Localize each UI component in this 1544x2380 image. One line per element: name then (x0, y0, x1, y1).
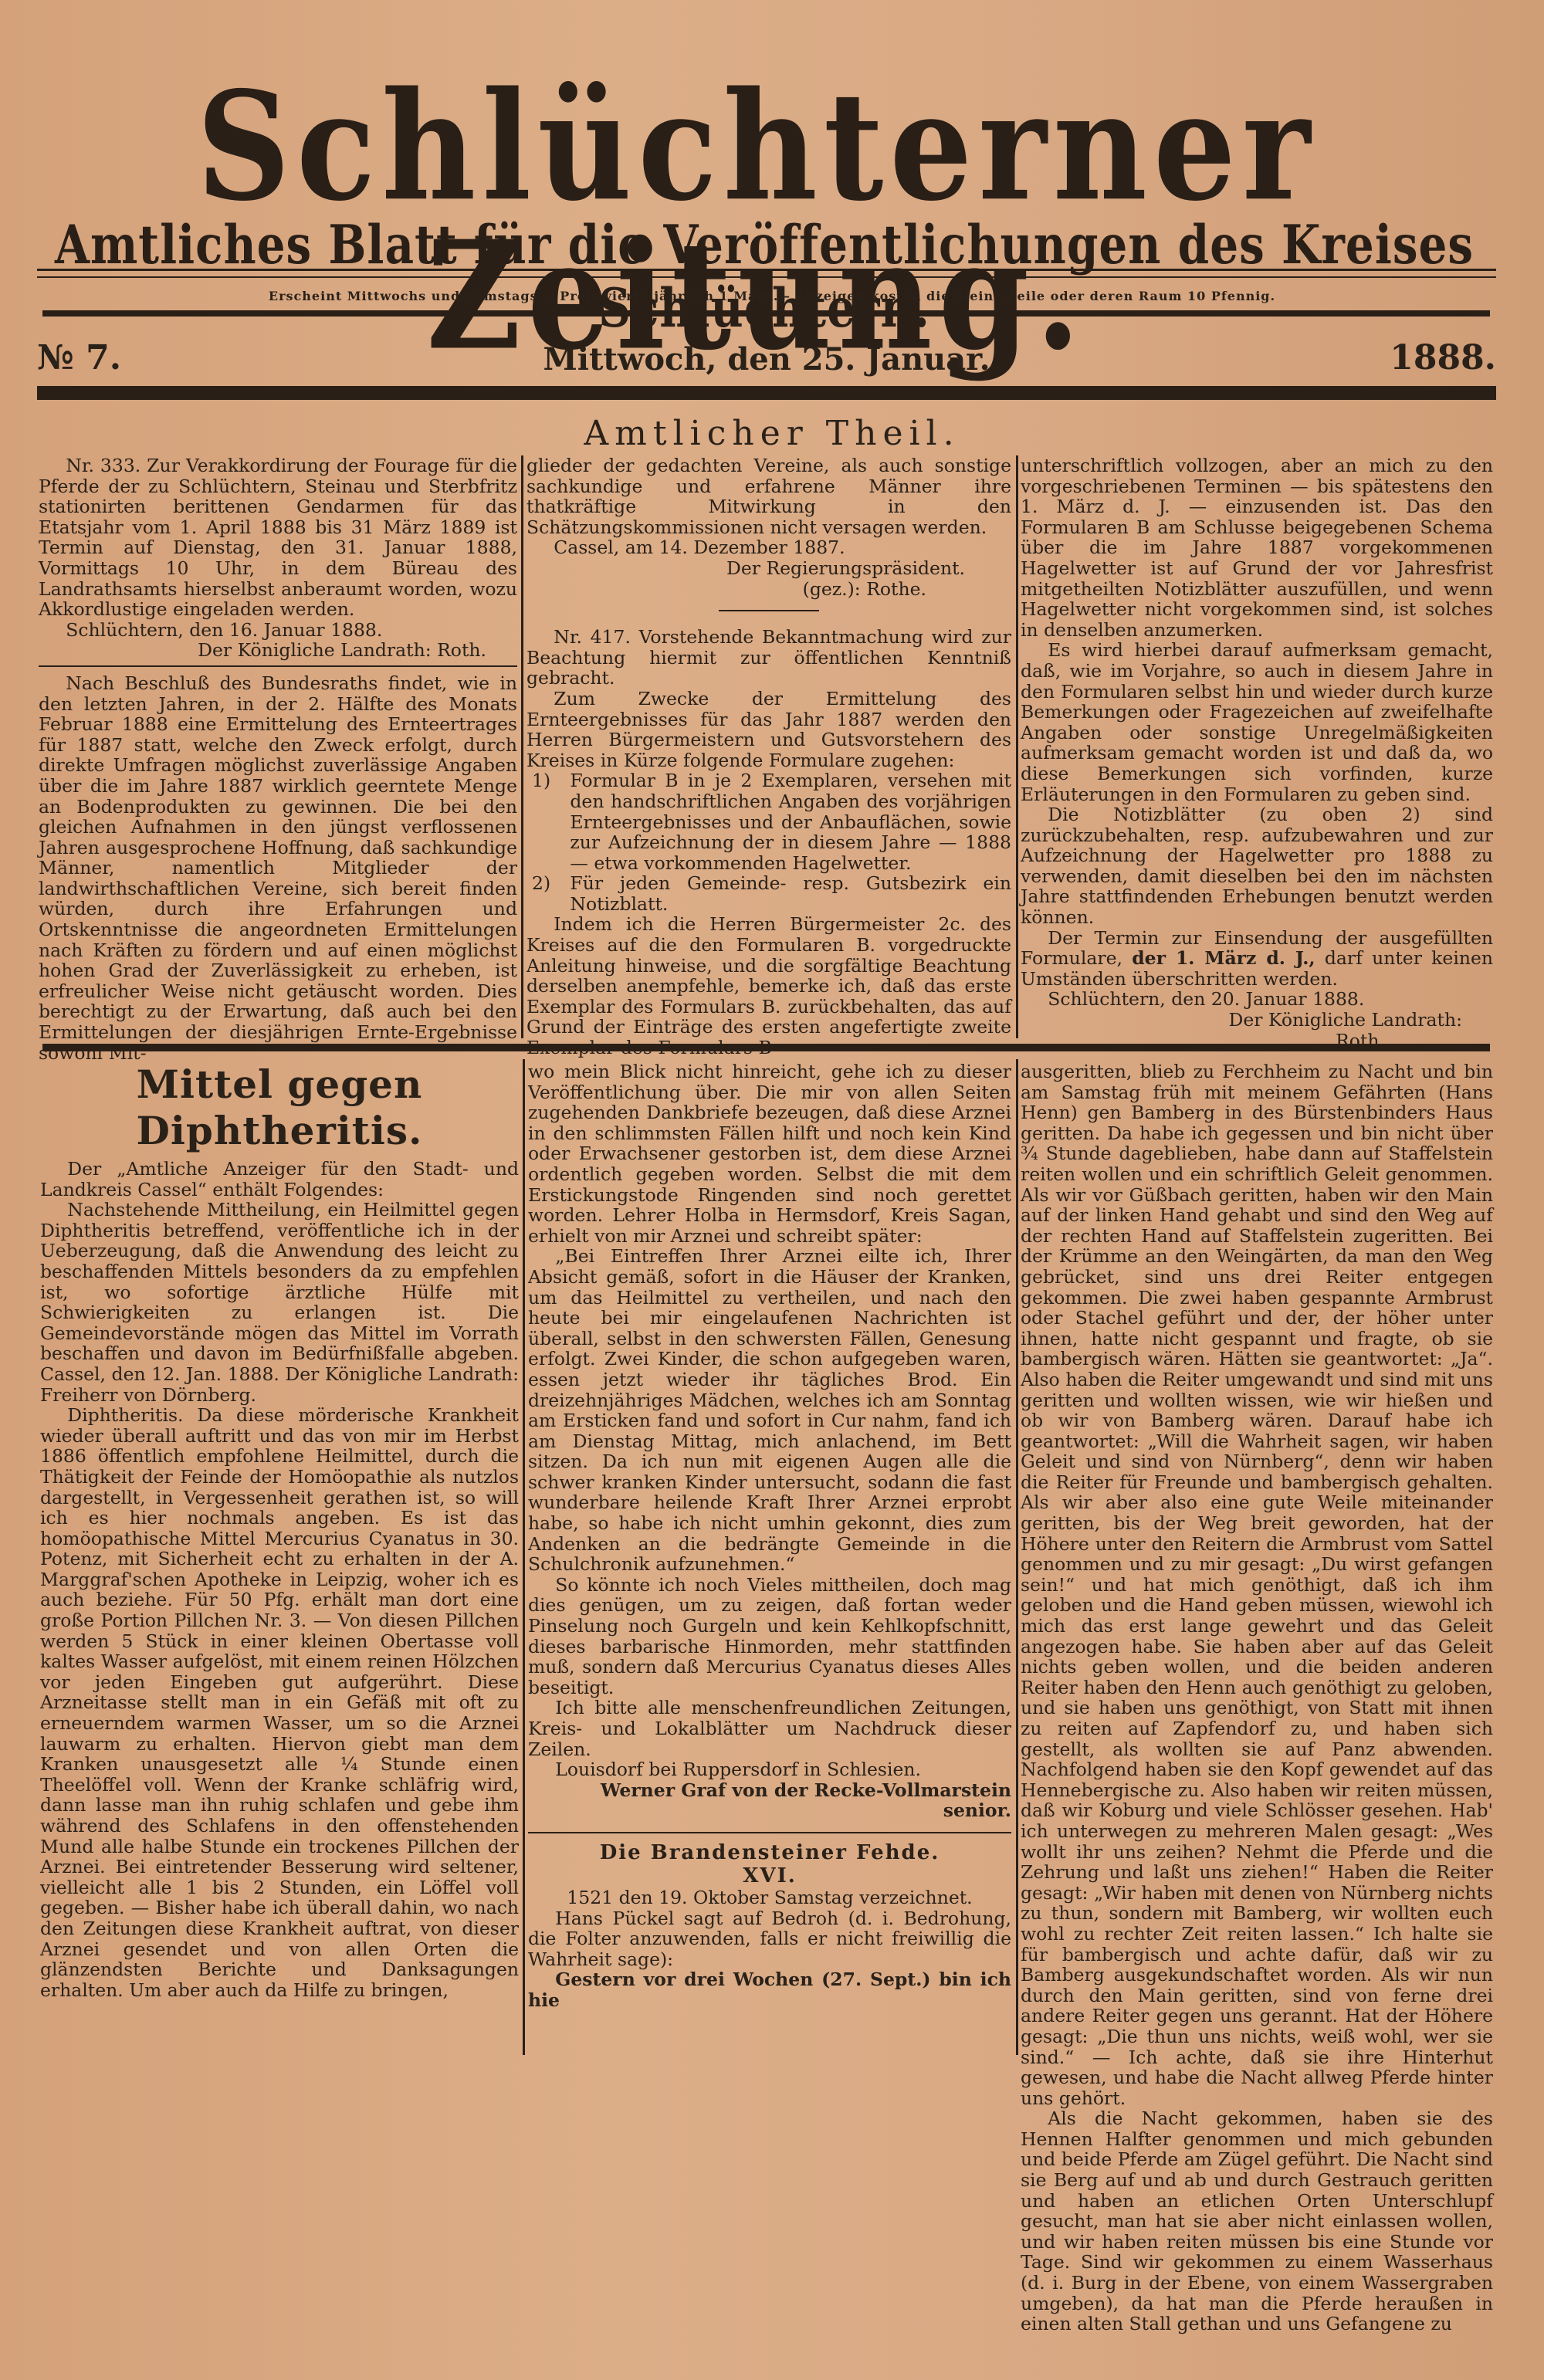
notice-333-signature: Der Königliche Landrath: Roth. (39, 640, 517, 661)
issue-row: № 7. Mittwoch, den 25. Januar. 1888. (37, 338, 1496, 384)
continuation-text: glieder der gedachten Vereine, als auch … (527, 455, 1011, 537)
article-quote: „Bei Eintreffen Ihrer Arznei eilte ich, … (528, 1246, 1011, 1575)
column-divider-lower-1 (523, 1059, 525, 2055)
official-column-1: Nr. 333. Zur Verakkordirung der Fourage … (39, 455, 517, 1063)
official-column-2: glieder der gedachten Vereine, als auch … (527, 455, 1011, 1058)
regierungspraesident-name: (gez.): Rothe. (527, 579, 1011, 600)
serial-paragraph: Als die Nacht gekommen, haben sie des He… (1021, 2108, 1493, 2334)
bundesrat-notice: Nach Beschluß des Bundesraths findet, wi… (39, 673, 517, 1063)
article-signature: Werner Graf von der Recke-Vollmarstein s… (528, 1780, 1011, 1821)
column-divider-official-1 (521, 455, 523, 1038)
notes-text: Die Notizblätter (zu oben 2) sind zurück… (1021, 804, 1493, 928)
diphtheritis-column-1: Mittel gegen Diphtheritis. Der „Amtliche… (40, 1061, 519, 2000)
article-paragraph: wo mein Blick nicht hinreicht, gehe ich … (528, 1061, 1011, 1246)
article-place: Louisdorf bei Ruppersdorf in Schlesien. (528, 1759, 1011, 1780)
publication-info-line: Erscheint Mittwochs und Samstags. – Prei… (46, 289, 1498, 303)
section-title-official: Amtlicher Theil. (510, 414, 1034, 453)
short-divider (719, 610, 819, 611)
attention-text: Es wird hierbei darauf aufmerksam gemach… (1021, 640, 1493, 804)
cassel-dateline: Cassel, am 14. Dezember 1887. (527, 537, 1011, 558)
landrath-title: Der Königliche Landrath: (1021, 1010, 1493, 1031)
notice-333-place: Schlüchtern, den 16. Januar 1888. (39, 620, 517, 641)
masthead-rule-top (37, 269, 1496, 271)
deadline-date: der 1. März d. J., (1132, 947, 1315, 969)
purpose-text: Zum Zwecke der Ermittelung des Ernteerge… (527, 689, 1011, 770)
masthead-rule-bottom (37, 386, 1496, 400)
article-paragraph: Diphtheritis. Da diese mörderische Krank… (40, 1405, 519, 2000)
article-divider (528, 1832, 1011, 1833)
column-divider-lower-2 (1016, 1059, 1018, 2055)
issue-year: 1888. (1390, 338, 1496, 377)
schluechtern-dateline: Schlüchtern, den 20. Januar 1888. (1021, 989, 1493, 1010)
article-paragraph: Der „Amtliche Anzeiger für den Stadt- un… (40, 1159, 519, 1200)
article-paragraph: Nachstehende Mittheilung, ein Heilmittel… (40, 1200, 519, 1405)
serial-title: Die Brandensteiner Fehde. (528, 1841, 1011, 1864)
notice-divider (39, 665, 517, 667)
serial-column-3: ausgeritten, blieb zu Ferchheim zu Nacht… (1021, 1061, 1493, 2334)
masthead-rule-top-2 (37, 276, 1496, 278)
section-rule (42, 1044, 1490, 1051)
issue-date: Mittwoch, den 25. Januar. (37, 341, 1496, 377)
serial-start: Gestern vor drei Wochen (27. Sept.) bin … (528, 1969, 1011, 2010)
serial-dateline: 1521 den 19. Oktober Samstag verzeichnet… (528, 1887, 1011, 1908)
regierungspraesident-title: Der Regierungspräsident. (527, 558, 1011, 579)
instruction-text: Indem ich die Herren Bürgermeister 2c. d… (527, 914, 1011, 1058)
serial-intro: Hans Pückel sagt auf Bedroh (d. i. Bedro… (528, 1908, 1011, 1970)
newspaper-page: Schlüchterner Zeitung. Amtliches Blatt f… (0, 0, 1544, 2380)
article-headline: Mittel gegen Diphtheritis. (40, 1061, 519, 1154)
serial-paragraph: ausgeritten, blieb zu Ferchheim zu Nacht… (1021, 1061, 1493, 2108)
form-item-1: 1)Formular B in je 2 Exemplaren, versehe… (527, 770, 1011, 873)
column-divider-official-2 (1016, 455, 1018, 1038)
deadline-text: Der Termin zur Einsendung der ausgefüllt… (1021, 928, 1493, 990)
article-paragraph: Ich bitte alle menschenfreundlichen Zeit… (528, 1698, 1011, 1759)
serial-part: XVI. (528, 1864, 1011, 1887)
notice-417: Nr. 417. Vorstehende Bekanntmachung wird… (527, 627, 1011, 689)
continuation-text-3: unterschriftlich vollzogen, aber an mich… (1021, 455, 1493, 640)
official-column-3: unterschriftlich vollzogen, aber an mich… (1021, 455, 1493, 1051)
form-item-2: 2)Für jeden Gemeinde- resp. Gutsbezirk e… (527, 873, 1011, 914)
masthead-rule-mid (42, 310, 1490, 317)
diphtheritis-column-2: wo mein Blick nicht hinreicht, gehe ich … (528, 1061, 1011, 2011)
notice-333: Nr. 333. Zur Verakkordirung der Fourage … (39, 455, 517, 620)
article-paragraph: So könnte ich noch Vieles mittheilen, do… (528, 1575, 1011, 1698)
